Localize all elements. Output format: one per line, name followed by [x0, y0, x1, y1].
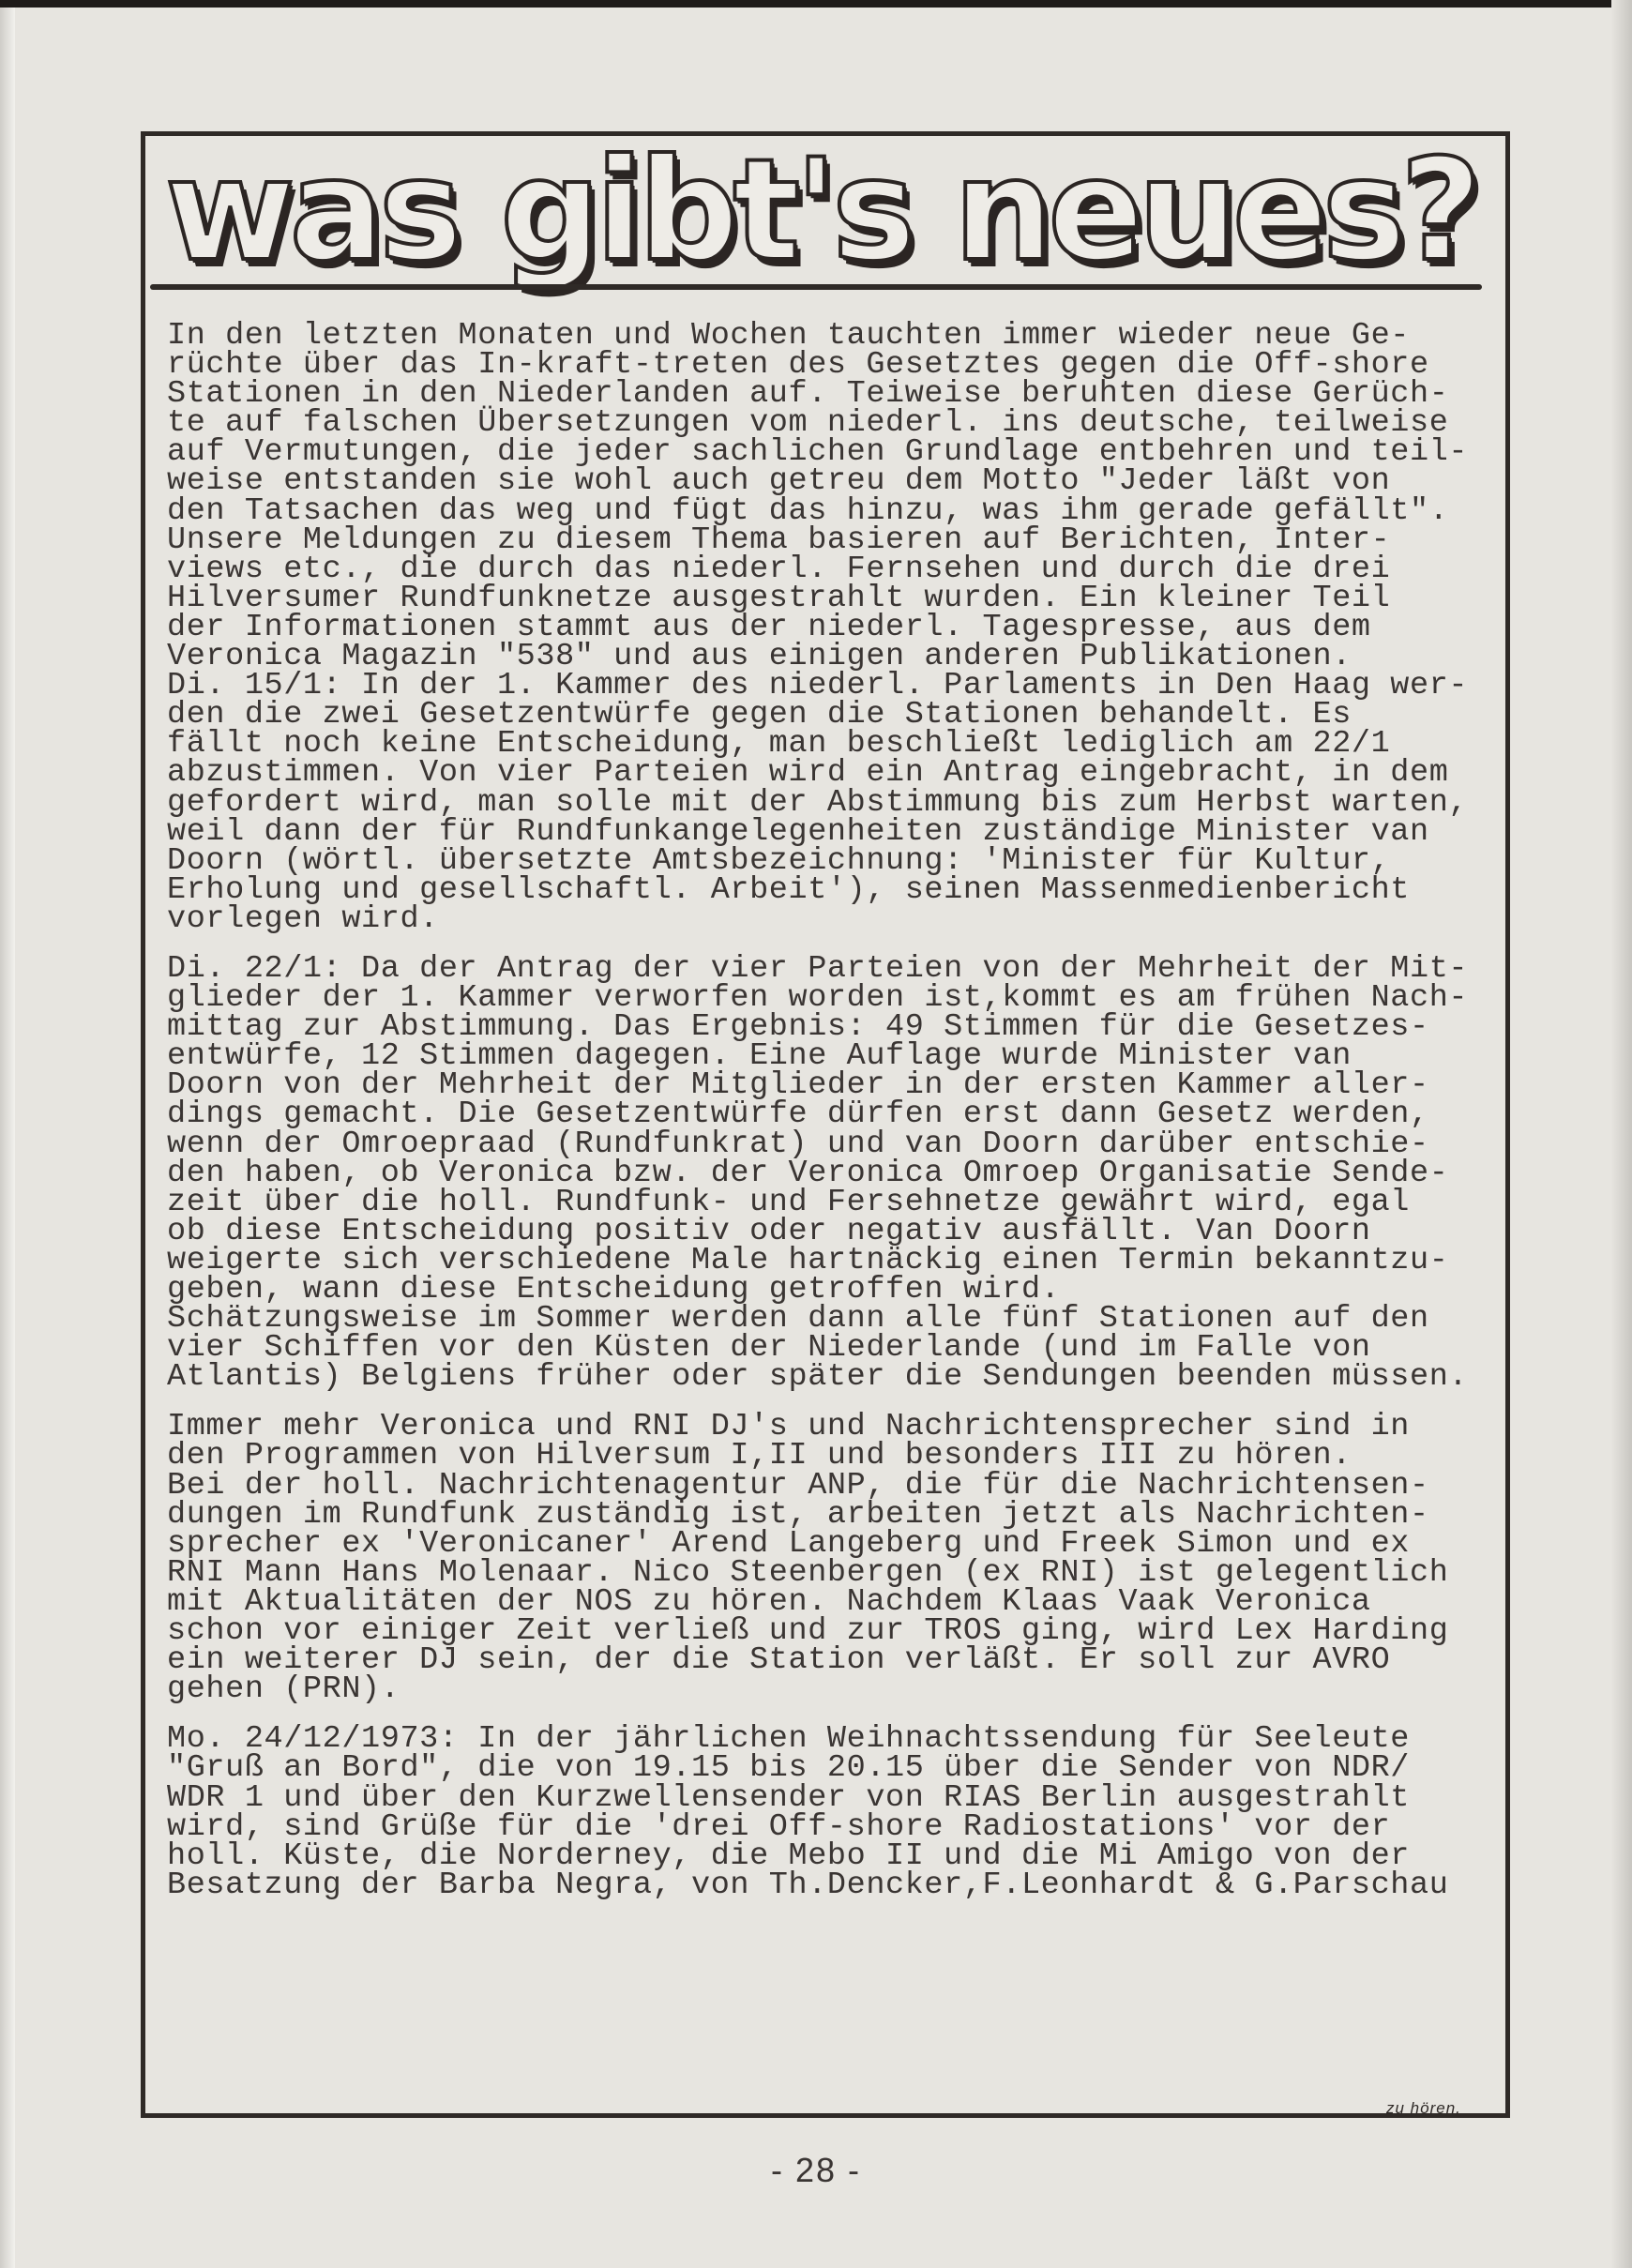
text-line: wenn der Omroepraad (Rundfunkrat) und va…: [167, 1130, 1518, 1159]
text-line: abzustimmen. Von vier Parteien wird ein …: [167, 759, 1518, 788]
scan-left-edge: [0, 8, 15, 2268]
text-line: den Tatsachen das weg und fügt das hinzu…: [167, 497, 1518, 526]
scan-top-edge: [0, 0, 1632, 8]
text-line: dings gemacht. Die Gesetzentwürfe dürfen…: [167, 1100, 1518, 1129]
article-body: In den letzten Monaten und Wochen taucht…: [167, 322, 1518, 1900]
page-title: was gibt's neues?: [145, 141, 1496, 281]
text-line: "Gruß an Bord", die von 19.15 bis 20.15 …: [167, 1754, 1518, 1783]
article-paragraph: Immer mehr Veronica und RNI DJ's und Nac…: [167, 1413, 1518, 1704]
text-line: Bei der holl. Nachrichtenagentur ANP, di…: [167, 1472, 1518, 1501]
scan-right-edge: [1611, 0, 1632, 2268]
article-paragraph: Mo. 24/12/1973: In der jährlichen Weihna…: [167, 1725, 1518, 1900]
handwritten-note: zu hören.: [1386, 2099, 1461, 2118]
article-paragraph: In den letzten Monaten und Wochen taucht…: [167, 322, 1518, 934]
text-line: den Programmen von Hilversum I,II und be…: [167, 1442, 1518, 1471]
page-number: - 28 -: [0, 2151, 1632, 2190]
article-paragraph: Di. 22/1: Da der Antrag der vier Parteie…: [167, 955, 1518, 1392]
text-line: vorlegen wird.: [167, 905, 1518, 934]
text-line: Besatzung der Barba Negra, von Th.Dencke…: [167, 1871, 1518, 1900]
text-line: Atlantis) Belgiens früher oder später di…: [167, 1363, 1518, 1392]
text-line: gefordert wird, man solle mit der Abstim…: [167, 789, 1518, 818]
text-line: WDR 1 und über den Kurzwellensender von …: [167, 1784, 1518, 1813]
title-underline: [150, 284, 1482, 290]
text-line: gehen (PRN).: [167, 1675, 1518, 1704]
text-line: weise entstanden sie wohl auch getreu de…: [167, 467, 1518, 496]
